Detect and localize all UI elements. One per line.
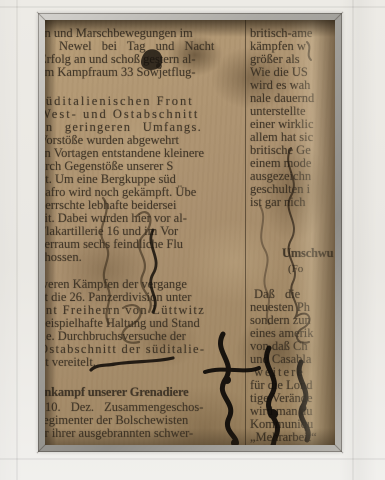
frame-mitre [334, 444, 344, 454]
newsprint-line: em Kampfraum 33 Sowjetflug- [45, 66, 245, 79]
newsprint-line: Umschwu [282, 247, 335, 260]
newsprint-line: enkampf unserer Grenadiere [45, 386, 245, 399]
column-divider [245, 20, 246, 445]
newsprint-line: nt vereitelt. [45, 356, 245, 369]
frame-mitre [334, 12, 344, 22]
newsprint-line: ist gar nich [250, 196, 335, 209]
newspaper-right-column: britisch-amekämpfen wgrößer alsWie die U… [250, 27, 335, 445]
frame-mitre [37, 444, 47, 454]
frame-molding-line [0, 6, 385, 8]
newsprint-line: haft und E [250, 444, 335, 445]
frame-molding-line [0, 458, 385, 460]
newsprint-line: er ihrer ausgebrannten schwer- [45, 427, 245, 440]
frame-molding-line [352, 0, 354, 480]
newspaper-left-column: en und Marschbewegungen imNewel bei Tag … [45, 27, 245, 440]
newspaper-clipping: en und Marschbewegungen imNewel bei Tag … [45, 20, 335, 445]
framed-artwork-photo: en und Marschbewegungen imNewel bei Tag … [0, 0, 385, 480]
frame-molding-line [16, 0, 18, 480]
newsprint-line: (Fo [288, 263, 335, 276]
newsprint-line: chossen. [45, 251, 245, 264]
